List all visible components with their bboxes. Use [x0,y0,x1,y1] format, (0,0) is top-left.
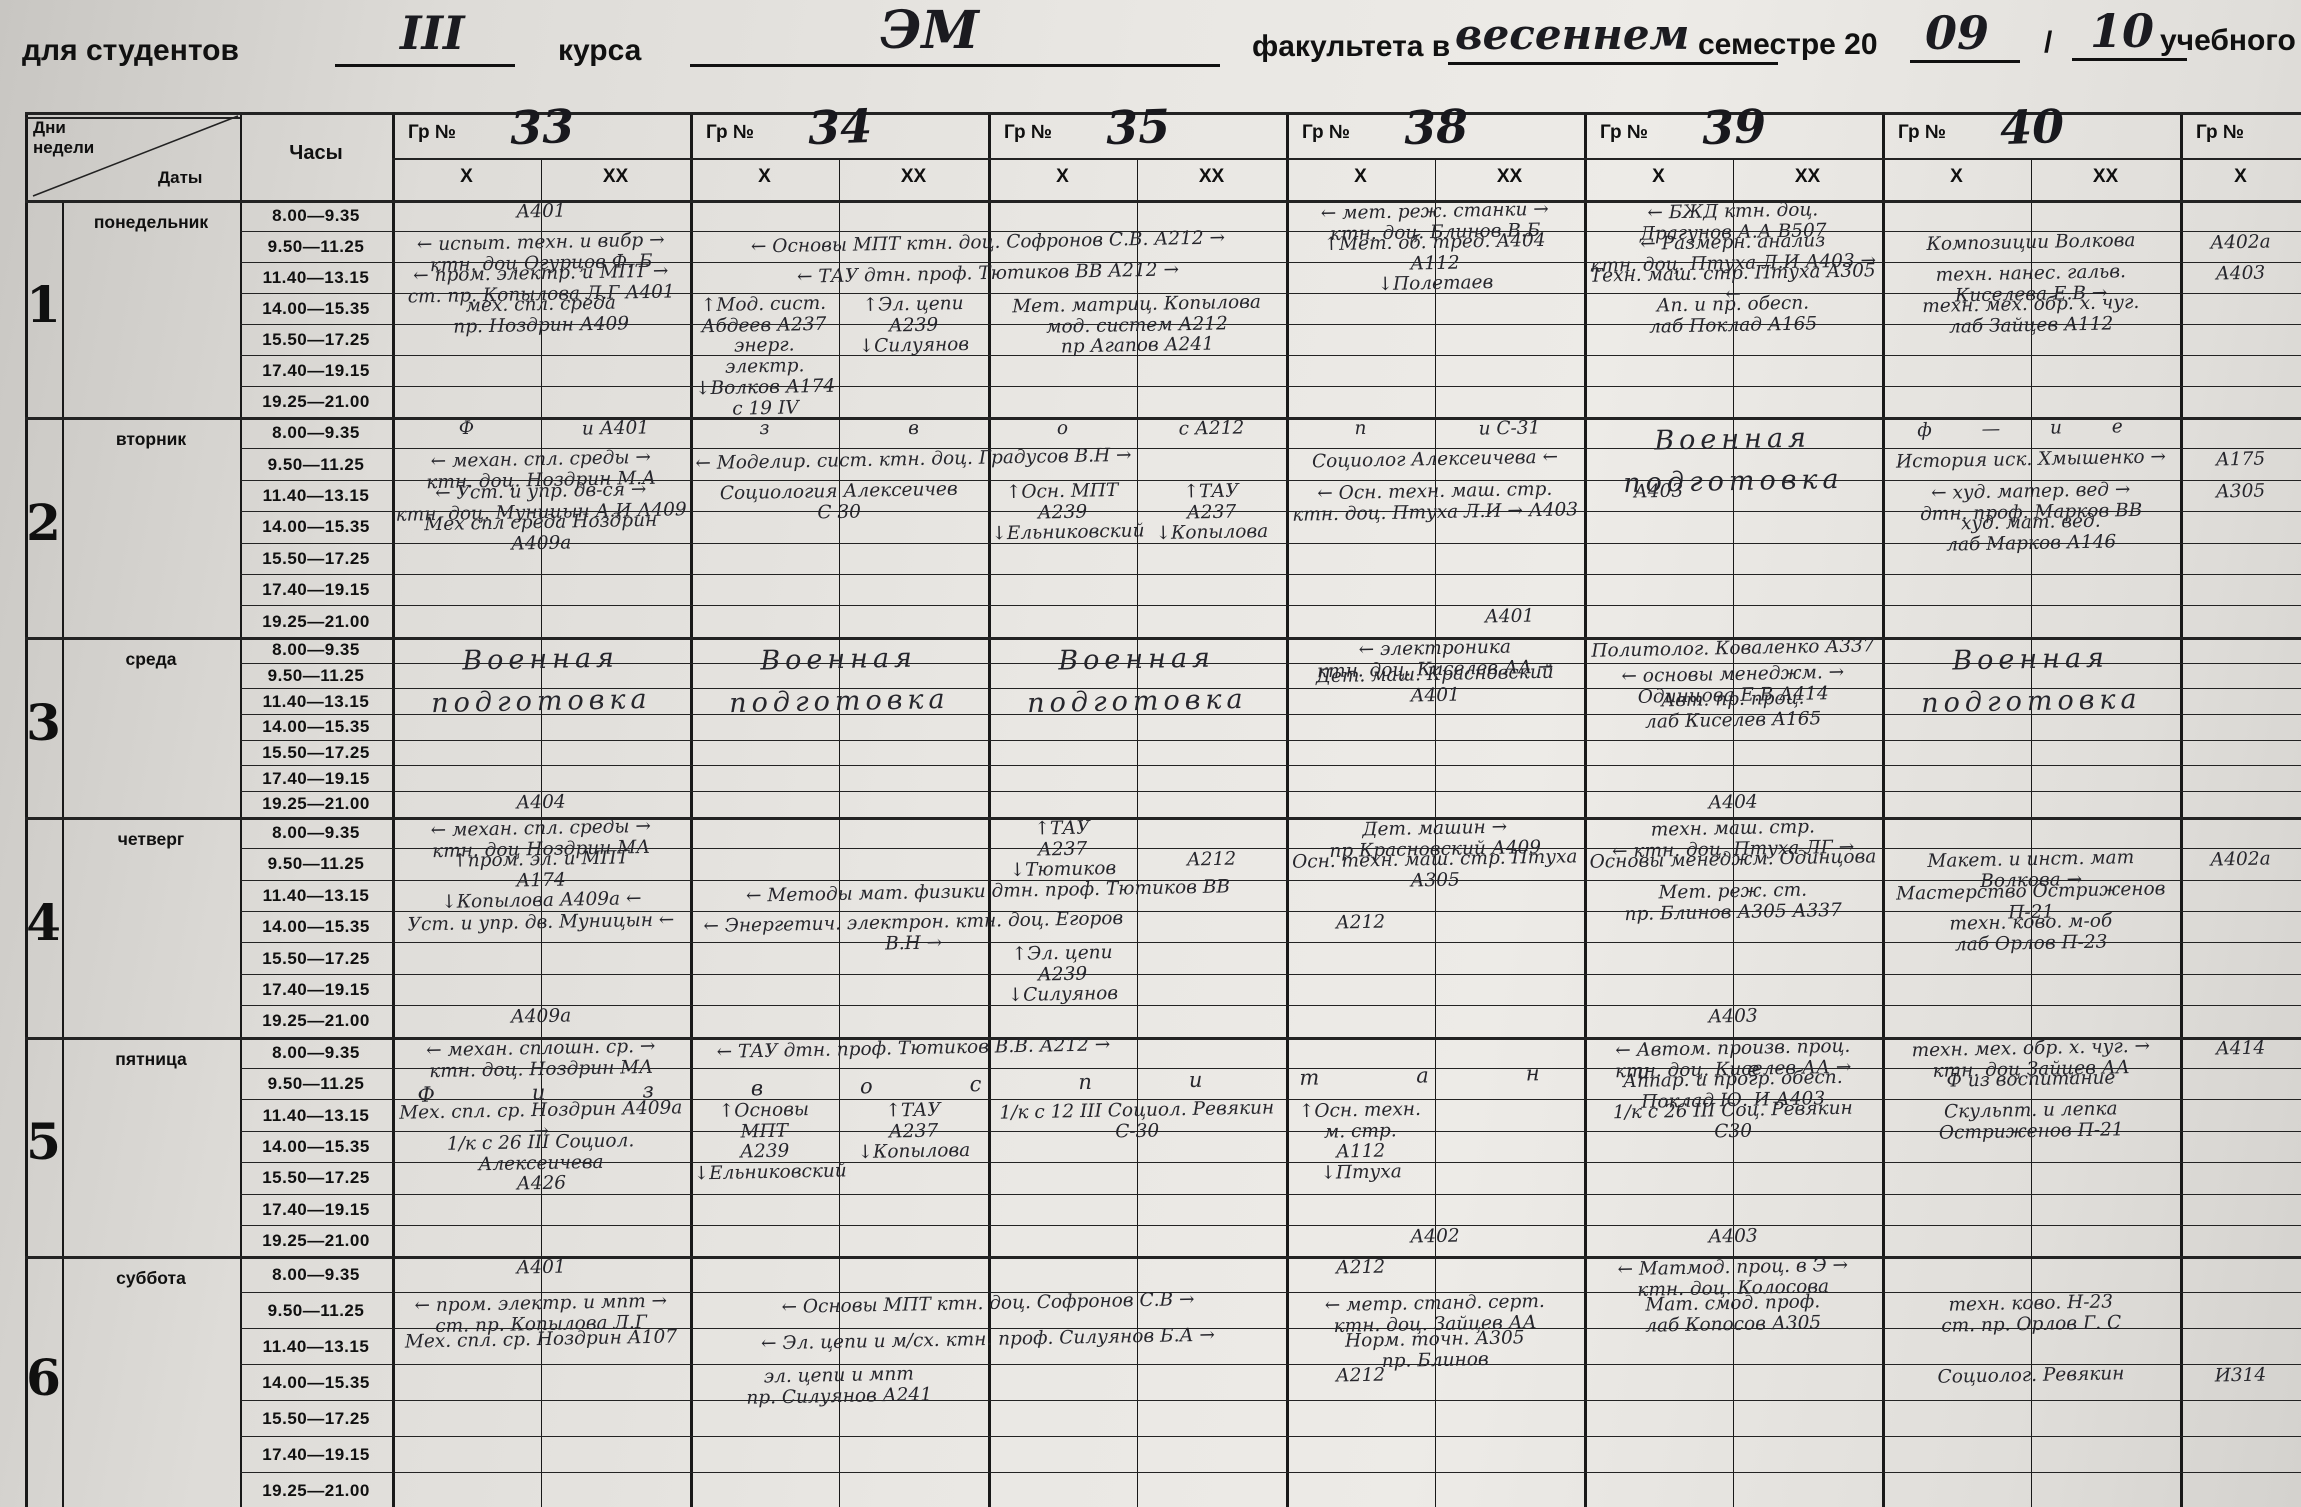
time-cell: 17.40—19.15 [240,769,392,789]
schedule-entry: Ф из воспитание [1885,1067,2177,1093]
schedule-entry: И314 [2183,1365,2298,1388]
schedule-entry: Социолог Алексеичева ← [1289,448,1581,474]
corner-label-days: Дни недели [33,118,94,158]
time-cell: 17.40—19.15 [240,1200,392,1220]
grid-line [240,386,2301,387]
day-number: 3 [25,693,62,752]
schedule-entry: мех. спл. среда пр. Ноздрин А409 [395,292,688,339]
schedule-entry: Социолог. Ревякин [1885,1363,2177,1389]
time-cell: 9.50—11.25 [240,237,392,257]
schedule-entry: А403 [1587,480,1730,503]
schedule-entry: А404 [395,790,687,816]
time-cell: 15.50—17.25 [240,330,392,350]
schedule-entry: А403 [1587,1004,1879,1030]
grid-line [240,1225,2301,1226]
schedule-entry: ↑Осн. МПТ А239 ↓Ельниковский [990,480,1134,545]
schedule-entry: о [991,418,1134,441]
schedule-entry: 1/к с 26 III Соц. Ревякин С30 [1587,1098,1880,1145]
time-cell: 11.40—13.15 [240,692,392,712]
time-cell: 14.00—15.35 [240,717,392,737]
schedule-entry: А402 [1289,1224,1581,1250]
schedule-entry: А401 [395,1255,687,1281]
subcol-label-xx: XX [541,166,690,188]
time-cell: 14.00—15.35 [240,1373,392,1393]
subcol-label-x: X [1286,166,1435,188]
schedule-entry: Авт. пр. проц. лаб Киселев А165 [1587,687,1880,734]
schedule-entry: Композиции Волкова [1885,230,2177,256]
schedule-entry: Дет. маш. Красновский А401 [1289,662,1582,709]
grid-line [62,200,64,1507]
group-no-label: Гр № [706,122,754,144]
grid-line [2180,112,2183,1507]
time-cell: 14.00—15.35 [240,517,392,537]
time-cell: 8.00—9.35 [240,1043,392,1063]
schedule-entry: А414 [2183,1037,2298,1060]
time-cell: 8.00—9.35 [240,823,392,843]
schedule-entry: Политолог. Коваленко А337 [1587,636,1879,662]
time-cell: 14.00—15.35 [240,299,392,319]
grid-line [240,1436,2301,1437]
time-cell: 9.50—11.25 [240,455,392,475]
time-cell: 9.50—11.25 [240,854,392,874]
schedule-entry: ← Моделир. сист. ктн. доц. Градусов В.Н … [693,446,1134,475]
subcol-label-x: X [1584,166,1733,188]
schedule-entry: А403 [1587,1224,1879,1250]
schedule-entry: Осн. техн. маш. стр. Птуха А305 [1289,847,1582,894]
schedule-entry: Уст. и упр. дв. Муницын ← [395,910,687,936]
schedule-entry: п [1289,418,1432,441]
schedule-entry: Мет. реж. ст. пр. Блинов А305 А337 [1587,879,1880,926]
schedule-entry: ↑ТАУ А237 ↓Копылова [1139,480,1283,545]
schedule-entry: 1/к с 12 III Социол. Ревякин С-30 [991,1098,1284,1145]
schedule-entry: А212 [1289,1257,1432,1280]
schedule-entry: Мет. матриц. Копылова мод. систем А212 п… [990,292,1283,360]
time-cell: 8.00—9.35 [240,206,392,226]
subcol-label-xx: XX [1733,166,1882,188]
day-name: вторник [62,429,240,450]
time-cell: 9.50—11.25 [240,1074,392,1094]
schedule-entry: ↑Осн. техн. м. стр. А112 ↓Птуха [1288,1100,1433,1186]
schedule-entry: Социология Алексеичев С 30 [693,479,986,526]
time-cell: 15.50—17.25 [240,743,392,763]
time-cell: 11.40—13.15 [240,1337,392,1357]
time-cell: 14.00—15.35 [240,917,392,937]
day-name: суббота [62,1268,240,1289]
subcol-label-x: X [392,166,541,188]
group-number: 38 [1403,99,1469,155]
time-cell: 8.00—9.35 [240,640,392,660]
time-cell: 8.00—9.35 [240,423,392,443]
schedule-entry: техн. ково. Н-23 ст. пр. Орлов Г. С [1885,1291,2178,1338]
group-no-label: Гр № [408,122,456,144]
schedule-entry: История иск. Хмышенко → [1885,448,2177,474]
time-cell: 9.50—11.25 [240,666,392,686]
grid-line [392,158,2301,160]
time-cell: 15.50—17.25 [240,949,392,969]
day-number: 4 [25,893,62,952]
schedule-entry: в [842,418,985,441]
schedule-entry: техн. мех. обр. х. чуг. лаб Зайцев А112 [1885,292,2178,339]
schedule-entry: Ф [395,418,538,441]
subcol-label-x: X [1882,166,2031,188]
group-no-label: Гр № [1600,122,1648,144]
time-cell: 17.40—19.15 [240,1445,392,1465]
subcol-label-xx: XX [1435,166,1584,188]
schedule-entry: А212 [1289,912,1432,935]
schedule-entry: эл. цепи и мпт пр. Силуянов А241 [693,1363,986,1410]
day-name: понедельник [62,212,240,233]
schedule-entry: А212 [1289,1365,1432,1388]
day-name: пятница [62,1049,240,1070]
corner-label-dates: Даты [158,168,202,188]
schedule-entry: Ап. и пр. обесп. лаб Поклад А165 [1587,292,1880,339]
time-cell: 19.25—21.00 [240,794,392,814]
hours-header: Часы [240,142,392,165]
time-cell: 15.50—17.25 [240,549,392,569]
time-cell: 11.40—13.15 [240,486,392,506]
schedule-entry: Военная подготовка [394,636,688,725]
schedule-entry: Мех спл среда Ноздрин А409а [395,510,688,557]
subcol-label-xx: XX [2031,166,2180,188]
schedule-entry: А401 [395,199,687,225]
time-cell: 14.00—15.35 [240,1137,392,1157]
schedule-entry: ↑Эл. цепи А239 ↓Силуянов [990,943,1134,1008]
schedule-entry: ↑ТАУ А237 ↓Тютиков [990,817,1134,882]
group-no-label: Гр № [1004,122,1052,144]
schedule-entry: худ. мат. вед. лаб Марков А146 [1885,510,2178,557]
grid-line [240,605,2301,606]
schedule-entry: Мат. смод. проф. лаб Копосов А305 [1587,1291,1880,1338]
group-number: 34 [807,99,873,155]
schedule-entry: А402а [2183,849,2298,872]
time-cell: 15.50—17.25 [240,1409,392,1429]
schedule-entry: А409а [395,1004,687,1030]
schedule-entry: А305 [2183,481,2298,504]
time-cell: 19.25—21.00 [240,392,392,412]
schedule-entry: и А401 [544,418,687,441]
day-number: 2 [25,493,62,552]
group-number: 35 [1105,99,1171,155]
time-cell: 11.40—13.15 [240,886,392,906]
schedule-entry: ← механ. сплошн. ср. → ктн. доц. Ноздрин… [395,1036,688,1083]
time-cell: 11.40—13.15 [240,268,392,288]
schedule-entry: ↑Мет. об. тред. А404 А112 ↓Полетаев [1288,230,1581,298]
subcol-label-xx: XX [1137,166,1286,188]
day-name: среда [62,649,240,670]
grid-line [25,1256,2301,1259]
grid-line [240,740,2301,741]
schedule-entry: ф — и е [1885,416,2177,442]
schedule-entry: А404 [1587,790,1879,816]
time-cell: 19.25—21.00 [240,1231,392,1251]
schedule-entry: с А212 [1140,418,1283,441]
time-cell: 19.25—21.00 [240,1481,392,1501]
time-cell: 9.50—11.25 [240,1301,392,1321]
schedule-entry: ↑Мод. сист. Абдеев А237 энерг. электр. ↓… [692,294,837,421]
group-no-label: Гр № [1898,122,1946,144]
schedule-entry: 1/к с 26 III Социол. Алексеичева А426 [394,1130,687,1198]
schedule-entry: техн. ково. м-об лаб Орлов П-23 [1885,910,2178,957]
schedule-entry: ↑Основы МПТ А239 ↓Ельниковский [692,1100,837,1186]
grid-line [25,200,2301,203]
schedule-entry: А401 [1438,606,1581,629]
subcol-label-x: X [988,166,1137,188]
time-cell: 8.00—9.35 [240,1265,392,1285]
schedule-entry: ← Осн. техн. маш. стр. ктн. доц. Птуха Л… [1289,479,1582,526]
subcol-label-x: X [690,166,839,188]
time-cell: 11.40—13.15 [240,1106,392,1126]
time-cell: 15.50—17.25 [240,1168,392,1188]
time-cell: 17.40—19.15 [240,980,392,1000]
grid-line [240,974,2301,975]
schedule-entry: и С-31 [1438,418,1581,441]
day-number: 6 [25,1348,62,1407]
schedule-entry: Военная подготовка [990,636,1284,725]
schedule-entry: Мех. спл. ср. Ноздрин А107 [395,1327,687,1353]
time-cell: 17.40—19.15 [240,361,392,381]
grid-line [240,765,2301,766]
time-cell: 19.25—21.00 [240,612,392,632]
schedule-entry: Основы менеджм. Одинцова [1587,847,1879,873]
scanned-timetable-photo: { "header": { "prefix": "для студентов",… [0,0,2301,1507]
schedule-entry: А403 [2183,263,2298,286]
subcol-label-x-partial: X [2180,166,2301,188]
day-name: четверг [62,829,240,850]
grid-line [25,817,2301,820]
time-cell: 19.25—21.00 [240,1011,392,1031]
schedule-entry: Военная подготовка [692,636,986,725]
schedule-entry: ↑Эл. цепи А239 ↓Силуянов [841,294,985,359]
grid-line [240,1400,2301,1401]
day-number: 5 [25,1112,62,1171]
group-no-label-partial: Гр № [2196,122,2244,144]
grid-line [240,574,2301,575]
schedule-entry: Военная подготовка [1884,636,2178,725]
grid-line [240,1472,2301,1473]
grid-line [240,355,2301,356]
time-cell: 17.40—19.15 [240,580,392,600]
schedule-entry: А175 [2183,449,2298,472]
timetable-grid: Дни неделиДатыЧасыГр №33XXXГр №34XXXГр №… [0,0,2301,1507]
group-number: 40 [1999,99,2065,155]
schedule-entry: А402а [2183,232,2298,255]
subcol-label-xx: XX [839,166,988,188]
group-no-label: Гр № [1302,122,1350,144]
schedule-entry: ↑пром. эл. и МПТ А174 ↓Копылова А409а ← [394,847,687,915]
schedule-entry: А212 [1140,849,1283,872]
schedule-entry: з [693,418,836,441]
group-number: 33 [509,99,575,155]
schedule-entry: ↑ТАУ А237 ↓Копылова [841,1100,985,1165]
schedule-entry: Скульпт. и лепка Остриженов П-21 [1885,1098,2178,1145]
day-number: 1 [25,275,62,334]
group-number: 39 [1701,99,1767,155]
